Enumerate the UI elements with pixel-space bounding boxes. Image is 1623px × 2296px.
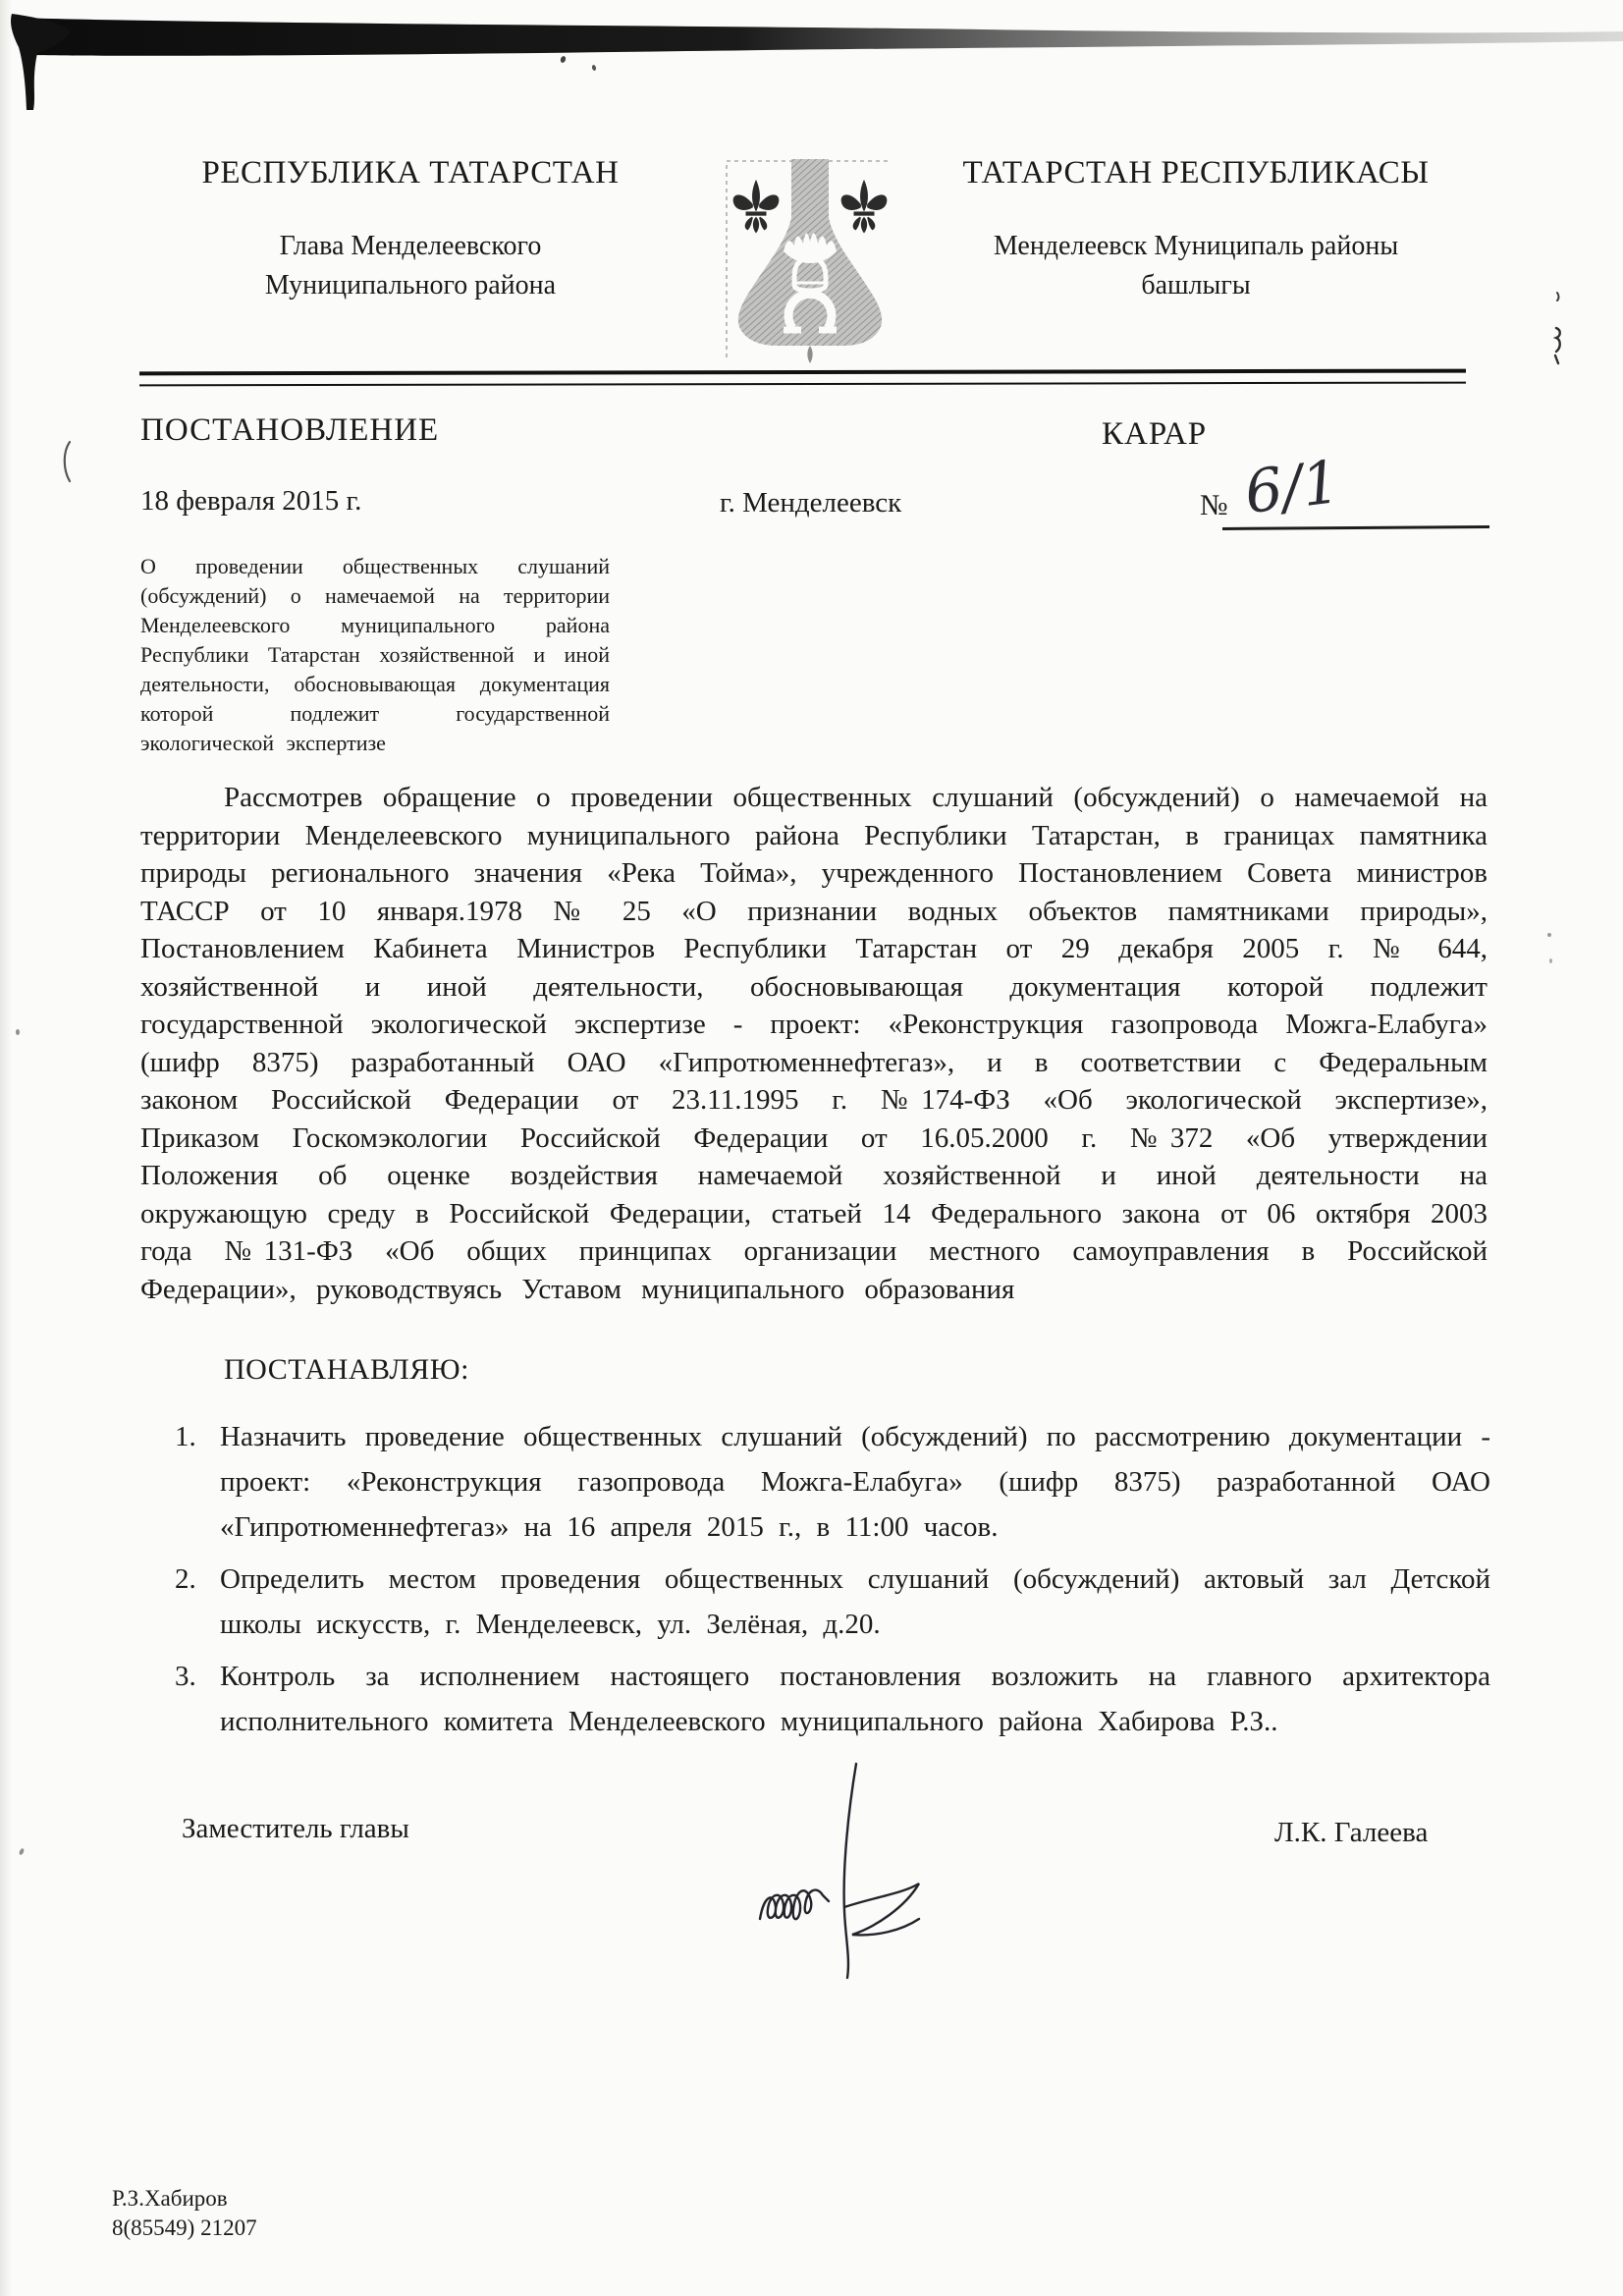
resolution-heading: ПОСТАНАВЛЯЮ: [224, 1353, 469, 1387]
doc-place: г. Менделеевск [720, 487, 901, 519]
list-item: 1. Назначить проведение общественных слу… [175, 1414, 1490, 1550]
republic-title-ru: РЕСПУБЛИКА ТАТАРСТАН [126, 155, 695, 191]
ink-speck [16, 1029, 20, 1035]
letterhead-divider [139, 369, 1466, 387]
coat-of-arms-image [723, 157, 897, 365]
ink-speck [1547, 933, 1551, 937]
letterhead-left: РЕСПУБЛИКА ТАТАРСТАН Глава Менделеевског… [126, 155, 695, 305]
list-item-number: 2. [175, 1557, 220, 1647]
resolution-items: 1. Назначить проведение общественных слу… [175, 1414, 1490, 1751]
list-item-text: Назначить проведение общественных слушан… [220, 1414, 1490, 1550]
org-name-tt-line2: башлыгы [901, 266, 1490, 305]
list-item-text: Контроль за исполнением настоящего поста… [220, 1654, 1490, 1744]
coat-of-arms [723, 157, 897, 365]
executor-footer: Р.З.Хабиров 8(85549) 21207 [112, 2184, 257, 2243]
signer-position: Заместитель главы [182, 1813, 409, 1845]
list-item-number: 3. [175, 1654, 220, 1744]
scanner-edge-streak [0, 0, 12, 2296]
executor-phone: 8(85549) 21207 [112, 2214, 257, 2243]
executor-name: Р.З.Хабиров [112, 2184, 257, 2214]
scanner-artifact-top [0, 0, 1623, 118]
ink-speck [19, 1847, 26, 1855]
document-page: РЕСПУБЛИКА ТАТАРСТАН Глава Менделеевског… [0, 0, 1623, 2296]
org-name-ru-line2: Муниципального района [126, 266, 695, 305]
ink-mark-right-margin [1549, 291, 1567, 369]
letterhead-right: ТАТАРСТАН РЕСПУБЛИКАСЫ Менделеевск Муниц… [901, 155, 1490, 305]
fleur-de-lis-icon [733, 180, 780, 234]
doc-number-label: № [1200, 489, 1228, 522]
signer-name: Л.К. Галеева [1274, 1817, 1428, 1849]
doc-type-ru: ПОСТАНОВЛЕНИЕ [140, 412, 439, 449]
doc-date: 18 февраля 2015 г. [140, 485, 361, 518]
org-name-tt-line1: Менделеевск Муниципаль районы [901, 227, 1490, 266]
ink-mark-left-margin [59, 440, 75, 483]
list-item: 2. Определить местом проведения обществе… [175, 1557, 1490, 1647]
org-name-ru-line1: Глава Менделеевского [126, 227, 695, 266]
fleur-de-lis-icon [841, 180, 888, 234]
list-item-number: 1. [175, 1414, 220, 1550]
doc-type-tt: КАРАР [1102, 416, 1207, 453]
list-item-text: Определить местом проведения общественны… [220, 1557, 1490, 1647]
list-item: 3. Контроль за исполнением настоящего по… [175, 1654, 1490, 1744]
doc-body-paragraph: Рассмотрев обращение о проведении общест… [140, 779, 1488, 1308]
doc-subject: О проведении общественных слушаний (обсу… [140, 552, 610, 758]
ink-speck [1549, 958, 1552, 963]
svg-text:6/1: 6/1 [1241, 448, 1343, 527]
doc-number-handwritten: 6/1 [1239, 442, 1386, 532]
republic-title-tt: ТАТАРСТАН РЕСПУБЛИКАСЫ [901, 155, 1490, 191]
handwritten-signature-icon [746, 1750, 1001, 1986]
